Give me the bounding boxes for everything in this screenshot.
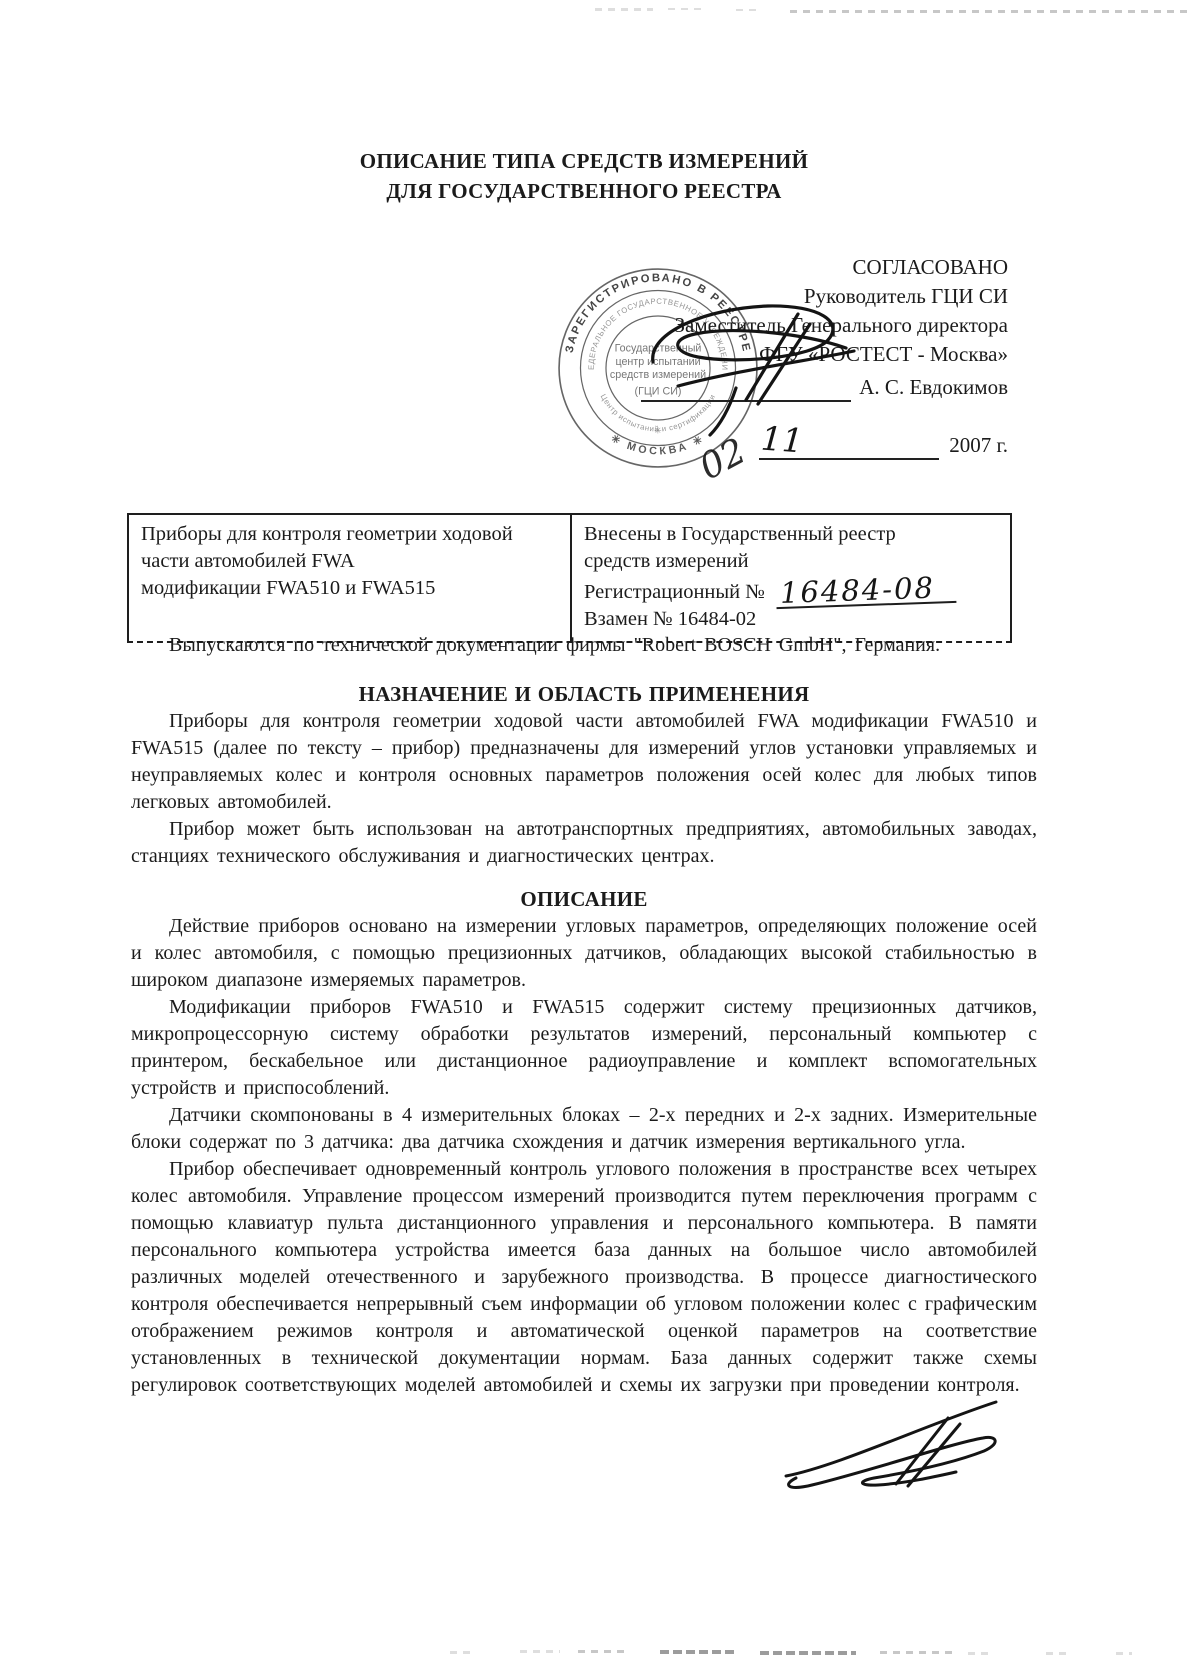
scanned-document-page: ОПИСАНИЕ ТИПА СРЕДСТВ ИЗМЕРЕНИЙ ДЛЯ ГОСУ… — [0, 0, 1194, 1669]
paragraph: Приборы для контроля геометрии ходовой ч… — [131, 708, 1037, 816]
scan-artifact — [790, 10, 1188, 13]
scan-artifact — [520, 1650, 560, 1653]
paragraph: Датчики скомпонованы в 4 измерительных б… — [131, 1102, 1037, 1156]
registration-line: Внесены в Государственный реестр — [584, 521, 998, 548]
product-line: Приборы для контроля геометрии ходовой — [141, 521, 558, 548]
bottom-signature — [778, 1388, 1003, 1498]
handwritten-registration-number: 16484-08 — [776, 574, 957, 609]
product-line: модификации FWA510 и FWA515 — [141, 575, 558, 602]
intro-line: Выпускаются по технической документации … — [131, 632, 1037, 659]
scan-artifact — [595, 8, 653, 11]
scan-artifact — [668, 8, 706, 10]
scan-artifact — [760, 1651, 856, 1655]
document-title: ОПИСАНИЕ ТИПА СРЕДСТВ ИЗМЕРЕНИЙ ДЛЯ ГОСУ… — [131, 146, 1037, 206]
document-title-line2: ДЛЯ ГОСУДАРСТВЕННОГО РЕЕСТРА — [131, 176, 1037, 206]
product-line: части автомобилей FWA — [141, 548, 558, 575]
table-cell-registration: Внесены в Государственный реестр средств… — [572, 515, 1010, 641]
section-heading-description: ОПИСАНИЕ — [131, 886, 1037, 913]
scan-artifact — [736, 9, 762, 11]
year-label: 2007 г. — [949, 431, 1008, 460]
document-title-line1: ОПИСАНИЕ ТИПА СРЕДСТВ ИЗМЕРЕНИЙ — [131, 146, 1037, 176]
paragraph: Прибор обеспечивает одновременный контро… — [131, 1156, 1037, 1399]
paragraph: Действие приборов основано на измерении … — [131, 913, 1037, 994]
registration-number-label: Регистрационный № — [584, 581, 765, 603]
document-body: Выпускаются по технической документации … — [131, 632, 1037, 1399]
section-heading-purpose: НАЗНАЧЕНИЕ И ОБЛАСТЬ ПРИМЕНЕНИЯ — [131, 681, 1037, 708]
scan-artifact — [450, 1651, 470, 1654]
scan-artifact — [660, 1650, 738, 1654]
paragraph: Прибор может быть использован на автотра… — [131, 816, 1037, 870]
paragraph: Модификации приборов FWA510 и FWA515 сод… — [131, 994, 1037, 1102]
scan-artifact — [1046, 1652, 1068, 1655]
registration-number-row: Регистрационный № 16484-08 — [584, 575, 998, 606]
scan-artifact — [578, 1650, 624, 1653]
signer-name: А. С. Евдокимов — [859, 373, 1008, 402]
approval-status: СОГЛАСОВАНО — [528, 253, 1008, 282]
scan-artifact — [1116, 1652, 1132, 1655]
table-cell-product: Приборы для контроля геометрии ходовой ч… — [129, 515, 572, 641]
registration-line: средств измерений — [584, 548, 998, 575]
scan-artifact — [968, 1652, 992, 1655]
registration-table: Приборы для контроля геометрии ходовой ч… — [127, 513, 1012, 643]
scan-artifact — [880, 1651, 952, 1654]
approval-signature — [618, 292, 868, 447]
replaces-line: Взамен № 16484-02 — [584, 606, 998, 633]
